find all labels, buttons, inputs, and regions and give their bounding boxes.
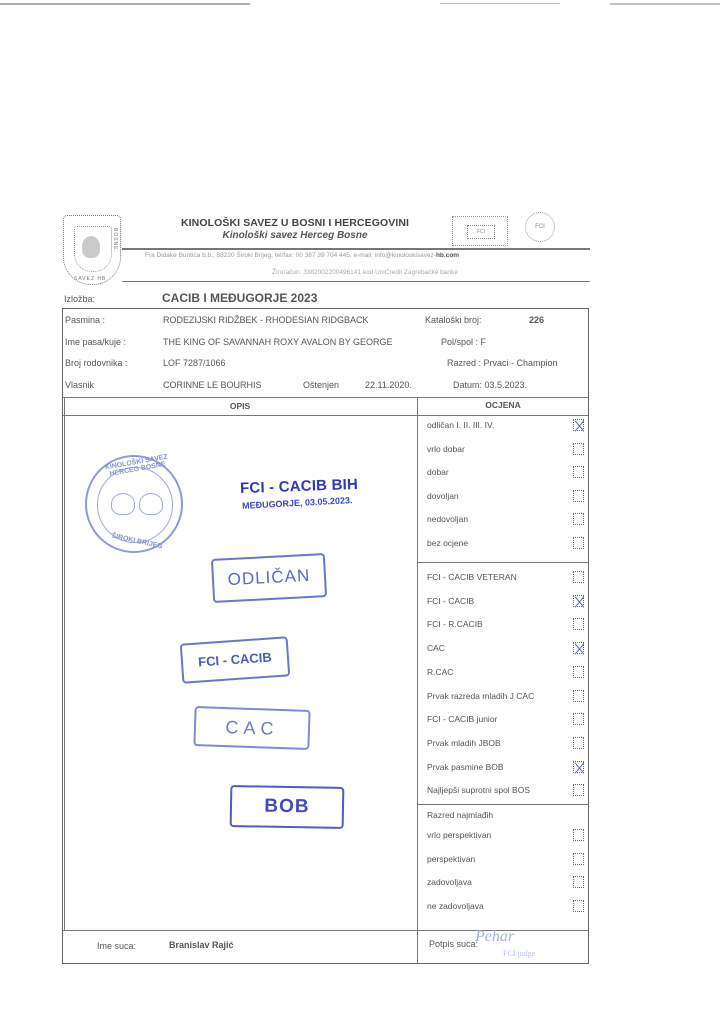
header-rule <box>122 248 590 250</box>
owner-label: Vlasnik <box>65 380 94 390</box>
checkbox[interactable] <box>573 713 584 725</box>
checkbox[interactable] <box>573 490 584 502</box>
checkbox[interactable] <box>573 853 584 865</box>
checkbox[interactable] <box>573 443 584 455</box>
grade-option-label: vrlo perspektivan <box>427 830 491 840</box>
address-domain: hb.com <box>436 252 459 259</box>
grade-option-label: nedovoljan <box>427 514 468 524</box>
grade-option-label: Prvak razreda mladih J CAC <box>427 691 534 701</box>
checked-checkbox[interactable] <box>573 595 584 607</box>
scan-edge-line <box>610 3 720 5</box>
header-rule <box>122 281 590 282</box>
description-header: OPIS <box>63 401 417 411</box>
grade-option-label: FCI - CACIB VETERAN <box>427 572 517 582</box>
pedigree-label: Broj rodovnika : <box>65 358 128 368</box>
checkbox[interactable] <box>573 876 584 888</box>
column-edge <box>64 397 65 930</box>
checkbox[interactable] <box>573 900 584 912</box>
logo-dog-icon <box>82 236 100 258</box>
dog-name: THE KING OF SAVANNAH ROXY AVALON BY GEOR… <box>163 337 393 347</box>
grade-option-label: perspektivan <box>427 854 475 864</box>
grade-divider <box>417 562 589 563</box>
catalog-label: Kataloški broj: <box>425 315 482 325</box>
organization-title: KINOLOŠKI SAVEZ U BOSNI I HERCEGOVINI <box>130 217 460 229</box>
catalog-number: 226 <box>529 315 544 325</box>
class-field: Razred : Prvaci - Champion <box>447 358 558 368</box>
footer-column-divider <box>417 930 418 964</box>
checkbox[interactable] <box>573 666 584 678</box>
grade-option-label: R.CAC <box>427 667 453 677</box>
odlican-stamp: ODLIČAN <box>211 553 327 603</box>
checkbox[interactable] <box>573 618 584 630</box>
address-line: Fra Didake Buntića b.b., 88220 Široki Br… <box>145 252 585 259</box>
section-divider <box>63 397 588 398</box>
bank-line: Žiroračun: 3382002200496141 kod UniCredi… <box>145 269 585 276</box>
scan-edge-line <box>0 3 250 5</box>
date-field: Datum: 03.5.2023. <box>453 380 527 390</box>
organization-subtitle: Kinološki savez Herceg Bosne <box>130 230 460 241</box>
born-date: 22.11.2020. <box>365 380 412 390</box>
pedigree-number: LOF 7287/1066 <box>163 358 226 368</box>
grade-option-label: FCI - CACIB junior <box>427 714 497 724</box>
grade-option-label: FCI - CACIB <box>427 596 474 606</box>
address-text: Fra Didake Buntića b.b., 88220 Široki Br… <box>145 252 436 259</box>
judge-signature: Pehar <box>475 928 514 946</box>
grade-option-label: odličan I. II. III. IV. <box>427 420 494 430</box>
checkbox[interactable] <box>573 571 584 583</box>
sex-field: Pol/spol : F <box>441 337 486 347</box>
grade-option-label: bez ocjene <box>427 538 468 548</box>
grade-option-label: CAC <box>427 643 445 653</box>
checkbox[interactable] <box>573 829 584 841</box>
breed-label: Pasmina : <box>65 315 105 325</box>
fci-envelope-icon: FCI <box>452 216 508 246</box>
show-title: CACIB I MEĐUGORJE 2023 <box>162 291 317 305</box>
checked-checkbox[interactable] <box>573 761 584 773</box>
checkbox[interactable] <box>573 466 584 478</box>
grade-option-label: ne zadovoljava <box>427 901 484 911</box>
grade-option-label: dovoljan <box>427 491 459 501</box>
cac-stamp: CAC <box>193 706 310 750</box>
checkbox[interactable] <box>573 737 584 749</box>
checkbox[interactable] <box>573 537 584 549</box>
checked-checkbox[interactable] <box>573 642 584 654</box>
column-divider <box>417 397 418 930</box>
grade-option-label: vrlo dobar <box>427 444 465 454</box>
grade-option-label: Prvak mladih JBOB <box>427 738 501 748</box>
fci-seal-icon: FCI <box>525 212 555 242</box>
signature-stamp-text: FCI judge <box>503 949 535 958</box>
grade-header: OCJENA <box>418 400 588 410</box>
association-logo: BOSNE SAVEZ HB <box>63 215 121 285</box>
checkbox[interactable] <box>573 513 584 525</box>
evaluation-form: Pasmina : RODEZIJSKI RIDŽBEK - RHODESIAN… <box>62 308 589 964</box>
grade-option-label: zadovoljava <box>427 877 472 887</box>
checkbox[interactable] <box>573 690 584 702</box>
section-divider <box>63 415 588 416</box>
scan-edge-line <box>440 3 560 4</box>
grade-option-label: dobar <box>427 467 449 477</box>
logo-bottom-text: SAVEZ HB <box>74 276 106 282</box>
envelope-label: FCI <box>467 225 495 239</box>
fci-cacib-stamp: FCI - CACIB <box>180 636 291 683</box>
judge-name: Branislav Rajić <box>169 940 234 950</box>
born-label: Oštenjen <box>303 380 339 390</box>
grade-option-label: FCI - R.CACIB <box>427 619 483 629</box>
judge-label: Ime suca: <box>97 941 136 951</box>
checked-checkbox[interactable] <box>573 419 584 431</box>
dog-head-icon <box>139 493 163 515</box>
bob-stamp: BOB <box>230 785 345 829</box>
grade-option-label: Prvak pasmine BOB <box>427 762 504 772</box>
grade-divider <box>417 804 589 805</box>
puppy-heading-text: Razred najmlađih <box>427 810 493 820</box>
name-label: Ime pasa/kuje : <box>65 337 126 347</box>
breed-value: RODEZIJSKI RIDŽBEK - RHODESIAN RIDGBACK <box>163 315 369 325</box>
show-label: Izložba: <box>64 294 95 304</box>
grade-option-label: Najljepši suprotni spol BOS <box>427 785 530 795</box>
association-round-seal: KINOLOŠKI SAVEZ HERCEG BOSNE ŠIROKI BRIJ… <box>85 455 183 553</box>
logo-side-text: BOSNE <box>112 228 118 251</box>
checkbox[interactable] <box>573 784 584 796</box>
dog-head-icon <box>111 493 135 515</box>
signature-label: Potpis suca: <box>429 939 478 949</box>
owner-name: CORINNE LE BOURHIS <box>163 380 262 390</box>
